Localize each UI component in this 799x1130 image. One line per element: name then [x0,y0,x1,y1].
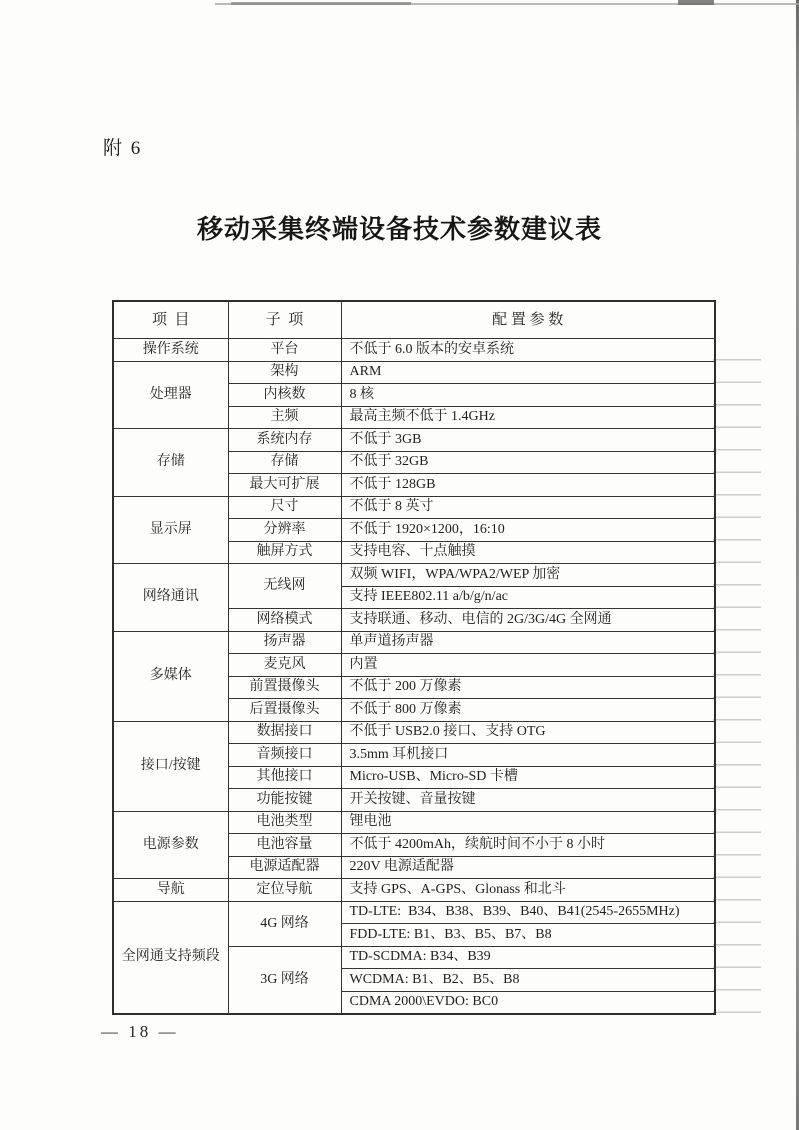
item-cell: 接口/按键 [113,721,228,811]
header-config-params: 配 置 参 数 [341,301,715,339]
value-cell: 内置 [341,654,715,677]
item-cell: 处理器 [113,361,228,429]
sub-item-cell: 扬声器 [228,631,341,654]
value-cell: TD-LTE: B34、B38、B39、B40、B41(2545-2655MHz… [341,901,715,924]
table-row: 存储 系统内存 不低于 3GB [113,429,715,452]
value-cell: 不低于 4200mAh，续航时间不小于 8 小时 [341,834,715,857]
value-cell: 开关按键、音量按键 [341,789,715,812]
header-item: 项 目 [113,301,228,339]
value-cell: 不低于 32GB [341,451,715,474]
page-title: 移动采集终端设备技术参数建议表 [0,209,799,246]
sub-item-cell: 定位导航 [228,879,341,902]
value-cell: 不低于 128GB [341,474,715,497]
sub-item-cell: 3G 网络 [228,946,341,1014]
sub-item-cell: 网络模式 [228,609,341,632]
value-cell: 不低于 800 万像素 [341,699,715,722]
value-cell: TD-SCDMA: B34、B39 [341,946,715,969]
sub-item-cell: 尺寸 [228,496,341,519]
sub-item-cell: 存储 [228,451,341,474]
table-row: 多媒体 扬声器 单声道扬声器 [113,631,715,654]
item-cell: 电源参数 [113,811,228,879]
value-cell: ARM [341,361,715,384]
value-cell: 单声道扬声器 [341,631,715,654]
sub-item-cell: 分辨率 [228,519,341,542]
table-header-row: 项 目 子 项 配 置 参 数 [113,301,715,339]
value-cell: 最高主频不低于 1.4GHz [341,406,715,429]
sub-item-cell: 平台 [228,339,341,362]
sub-item-cell: 数据接口 [228,721,341,744]
value-cell: FDD-LTE: B1、B3、B5、B7、B8 [341,924,715,947]
spec-table: 项 目 子 项 配 置 参 数 操作系统 平台 不低于 6.0 版本的安卓系统 … [112,300,716,1015]
value-cell: 不低于 3GB [341,429,715,452]
value-cell: Micro-USB、Micro-SD 卡槽 [341,766,715,789]
sub-item-cell: 其他接口 [228,766,341,789]
value-cell: 8 核 [341,384,715,407]
value-cell: 不低于 1920×1200，16:10 [341,519,715,542]
page-number: — 18 — [101,1022,179,1042]
value-cell: 不低于 6.0 版本的安卓系统 [341,339,715,362]
value-cell: WCDMA: B1、B2、B5、B8 [341,969,715,992]
value-cell: 220V 电源适配器 [341,856,715,879]
sub-item-cell: 前置摄像头 [228,676,341,699]
table-row: 处理器 架构 ARM [113,361,715,384]
table-row: 全网通支持频段 4G 网络 TD-LTE: B34、B38、B39、B40、B4… [113,901,715,924]
sub-item-cell: 触屏方式 [228,541,341,564]
scan-edge-artifact-top-dark2 [678,0,714,5]
value-cell: CDMA 2000\EVDO: BC0 [341,991,715,1014]
sub-item-cell: 4G 网络 [228,901,341,946]
value-cell: 3.5mm 耳机接口 [341,744,715,767]
table-row: 电源参数 电池类型 锂电池 [113,811,715,834]
sub-item-cell: 电源适配器 [228,856,341,879]
sub-item-cell: 无线网 [228,564,341,609]
sub-item-cell: 主频 [228,406,341,429]
document-page: 附 6 移动采集终端设备技术参数建议表 项 目 子 项 配 置 参 数 操作系统… [0,0,799,1130]
value-cell: 支持 GPS、A-GPS、Glonass 和北斗 [341,879,715,902]
item-cell: 显示屏 [113,496,228,564]
attachment-label: 附 6 [103,133,142,160]
value-cell: 锂电池 [341,811,715,834]
sub-item-cell: 系统内存 [228,429,341,452]
header-sub-item: 子 项 [228,301,341,339]
table-row: 网络通讯 无线网 双频 WIFI，WPA/WPA2/WEP 加密 [113,564,715,587]
sub-item-cell: 麦克风 [228,654,341,677]
value-cell: 不低于 200 万像素 [341,676,715,699]
item-cell: 操作系统 [113,339,228,362]
value-cell: 双频 WIFI，WPA/WPA2/WEP 加密 [341,564,715,587]
sub-item-cell: 电池类型 [228,811,341,834]
item-cell: 导航 [113,879,228,902]
sub-item-cell: 后置摄像头 [228,699,341,722]
table-row: 操作系统 平台 不低于 6.0 版本的安卓系统 [113,339,715,362]
sub-item-cell: 音频接口 [228,744,341,767]
sub-item-cell: 最大可扩展 [228,474,341,497]
scan-artifact-row-line-bleed [713,338,761,1014]
scan-edge-artifact-top-dark [231,2,411,5]
item-cell: 存储 [113,429,228,497]
sub-item-cell: 架构 [228,361,341,384]
table-row: 显示屏 尺寸 不低于 8 英寸 [113,496,715,519]
value-cell: 支持电容、十点触摸 [341,541,715,564]
value-cell: 支持 IEEE802.11 a/b/g/n/ac [341,586,715,609]
table-row: 接口/按键 数据接口 不低于 USB2.0 接口、支持 OTG [113,721,715,744]
value-cell: 不低于 USB2.0 接口、支持 OTG [341,721,715,744]
value-cell: 支持联通、移动、电信的 2G/3G/4G 全网通 [341,609,715,632]
item-cell: 网络通讯 [113,564,228,632]
sub-item-cell: 内核数 [228,384,341,407]
sub-item-cell: 电池容量 [228,834,341,857]
item-cell: 全网通支持频段 [113,901,228,1014]
item-cell: 多媒体 [113,631,228,721]
value-cell: 不低于 8 英寸 [341,496,715,519]
sub-item-cell: 功能按键 [228,789,341,812]
table-row: 导航 定位导航 支持 GPS、A-GPS、Glonass 和北斗 [113,879,715,902]
